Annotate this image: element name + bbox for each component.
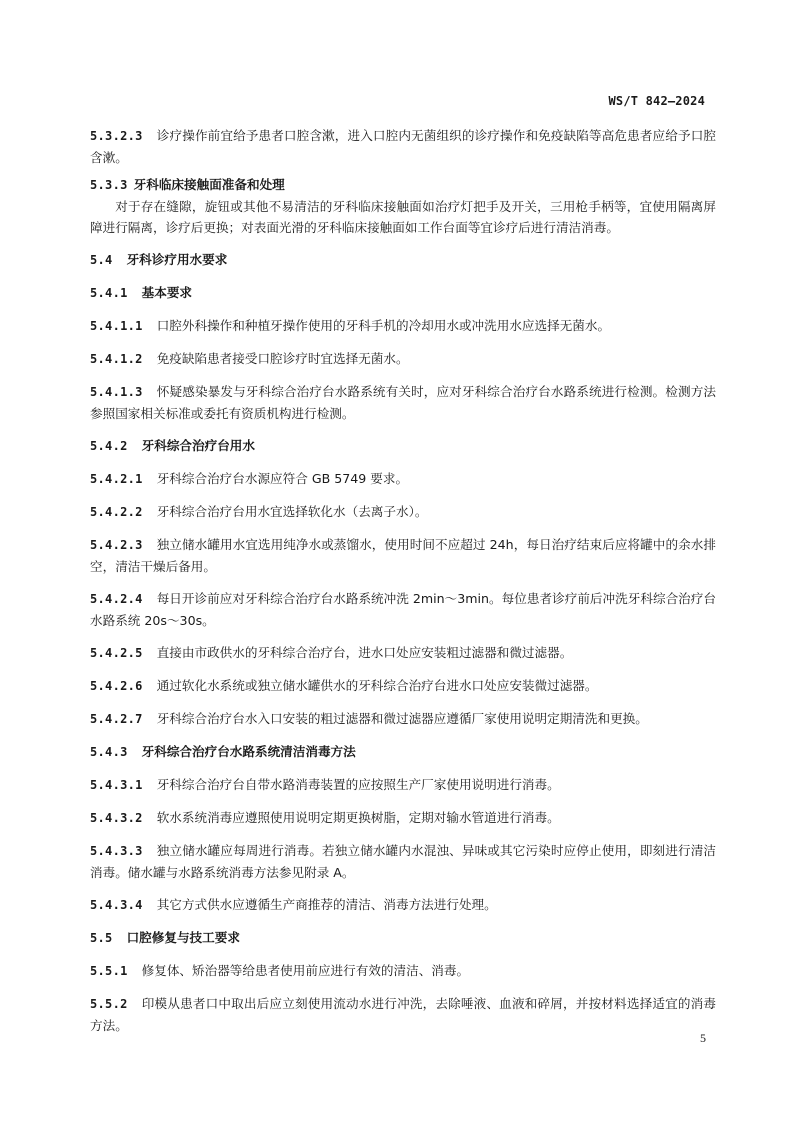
- clause-5-4-1-2: 5.4.1.2免疫缺陷患者接受口腔诊疗时宜选择无菌水。: [90, 348, 716, 370]
- heading-text: 牙科临床接触面准备和处理: [134, 177, 285, 192]
- clause-5-4-3-3: 5.4.3.3独立储水罐应每周进行消毒。若独立储水罐内水混浊、异味或其它污染时应…: [90, 840, 716, 883]
- clause-5-4-3-2: 5.4.3.2软水系统消毒应遵照使用说明定期更换树脂，定期对输水管道进行消毒。: [90, 807, 716, 829]
- clause-number: 5.4.1.3: [90, 385, 143, 399]
- clause-text: 牙科综合治疗台水入口安装的粗过滤器和微过滤器应遵循厂家使用说明定期清洗和更换。: [157, 711, 648, 726]
- clause-5-4-3-1: 5.4.3.1牙科综合治疗台自带水路消毒装置的应按照生产厂家使用说明进行消毒。: [90, 774, 716, 796]
- clause-5-5-2: 5.5.2印模从患者口中取出后应立刻使用流动水进行冲洗，去除唾液、血液和碎屑，并…: [90, 993, 716, 1036]
- heading-text: 牙科综合治疗台用水: [142, 438, 255, 453]
- heading-text: 牙科诊疗用水要求: [127, 252, 228, 267]
- heading-text: 基本要求: [142, 285, 192, 300]
- clause-text: 其它方式供水应遵循生产商推荐的清洁、消毒方法进行处理。: [157, 897, 497, 912]
- page-number: 5: [700, 1031, 706, 1046]
- clause-number: 5.4.2.3: [90, 538, 143, 552]
- heading-5-4-2: 5.4.2牙科综合治疗台用水: [90, 435, 716, 457]
- clause-text: 直接由市政供水的牙科综合治疗台，进水口处应安装粗过滤器和微过滤器。: [157, 645, 573, 660]
- clause-number: 5.5.1: [90, 964, 128, 978]
- clause-number: 5.4.3.2: [90, 811, 143, 825]
- clause-text: 印模从患者口中取出后应立刻使用流动水进行冲洗，去除唾液、血液和碎屑，并按材料选择…: [90, 996, 716, 1033]
- clause-text: 牙科综合治疗台用水宜选择软化水（去离子水）。: [157, 504, 428, 519]
- clause-number: 5.3.2.3: [90, 129, 143, 143]
- clause-5-4-2-7: 5.4.2.7牙科综合治疗台水入口安装的粗过滤器和微过滤器应遵循厂家使用说明定期…: [90, 708, 716, 730]
- heading-number: 5.4.3: [90, 745, 128, 759]
- document-body: 5.3.2.3诊疗操作前宜给予患者口腔含漱，进入口腔内无菌组织的诊疗操作和免疫缺…: [90, 125, 716, 1036]
- clause-text: 免疫缺陷患者接受口腔诊疗时宜选择无菌水。: [157, 351, 409, 366]
- heading-5-4-1: 5.4.1基本要求: [90, 282, 716, 304]
- clause-number: 5.4.2.2: [90, 505, 143, 519]
- heading-number: 5.5: [90, 931, 113, 945]
- body-paragraph: 对于存在缝隙，旋钮或其他不易清洁的牙科临床接触面如治疗灯把手及开关，三用枪手柄等…: [90, 196, 716, 238]
- clause-text: 牙科综合治疗台自带水路消毒装置的应按照生产厂家使用说明进行消毒。: [157, 777, 560, 792]
- clause-number: 5.4.1.1: [90, 319, 143, 333]
- clause-5-4-2-4: 5.4.2.4每日开诊前应对牙科综合治疗台水路系统冲洗 2min～3min。每位…: [90, 588, 716, 631]
- clause-number: 5.4.1.2: [90, 352, 143, 366]
- heading-5-4: 5.4牙科诊疗用水要求: [90, 249, 716, 271]
- clause-5-4-2-1: 5.4.2.1牙科综合治疗台水源应符合 GB 5749 要求。: [90, 468, 716, 490]
- heading-number: 5.4: [90, 253, 113, 267]
- clause-5-4-2-5: 5.4.2.5直接由市政供水的牙科综合治疗台，进水口处应安装粗过滤器和微过滤器。: [90, 642, 716, 664]
- clause-text: 修复体、矫治器等给患者使用前应进行有效的清洁、消毒。: [142, 963, 469, 978]
- standard-code: WS/T 842—2024: [608, 94, 705, 108]
- clause-text: 软水系统消毒应遵照使用说明定期更换树脂，定期对输水管道进行消毒。: [157, 810, 560, 825]
- heading-number: 5.4.1: [90, 286, 128, 300]
- clause-5-4-2-3: 5.4.2.3独立储水罐用水宜选用纯净水或蒸馏水，使用时间不应超过 24h，每日…: [90, 534, 716, 577]
- heading-text: 口腔修复与技工要求: [127, 930, 240, 945]
- clause-5-4-1-3: 5.4.1.3怀疑感染暴发与牙科综合治疗台水路系统有关时，应对牙科综合治疗台水路…: [90, 381, 716, 424]
- clause-text: 每日开诊前应对牙科综合治疗台水路系统冲洗 2min～3min。每位患者诊疗前后冲…: [90, 591, 716, 628]
- clause-number: 5.4.2.5: [90, 646, 143, 660]
- clause-text: 口腔外科操作和种植牙操作使用的牙科手机的冷却用水或冲洗用水应选择无菌水。: [157, 318, 610, 333]
- clause-text: 诊疗操作前宜给予患者口腔含漱，进入口腔内无菌组织的诊疗操作和免疫缺陷等高危患者应…: [90, 128, 716, 165]
- clause-number: 5.4.2.4: [90, 592, 143, 606]
- clause-5-4-2-6: 5.4.2.6通过软化水系统或独立储水罐供水的牙科综合治疗台进水口处应安装微过滤…: [90, 675, 716, 697]
- clause-text: 牙科综合治疗台水源应符合 GB 5749 要求。: [157, 471, 408, 486]
- clause-number: 5.4.3.3: [90, 844, 143, 858]
- heading-number: 5.4.2: [90, 439, 128, 453]
- clause-number: 5.4.3.4: [90, 898, 143, 912]
- clause-number: 5.4.3.1: [90, 778, 143, 792]
- clause-5-4-1-1: 5.4.1.1口腔外科操作和种植牙操作使用的牙科手机的冷却用水或冲洗用水应选择无…: [90, 315, 716, 337]
- heading-5-4-3: 5.4.3牙科综合治疗台水路系统清洁消毒方法: [90, 741, 716, 763]
- heading-5-3-3: 5.3.3牙科临床接触面准备和处理: [90, 174, 716, 196]
- clause-5-3-2-3: 5.3.2.3诊疗操作前宜给予患者口腔含漱，进入口腔内无菌组织的诊疗操作和免疫缺…: [90, 125, 716, 168]
- heading-number: 5.3.3: [90, 178, 128, 192]
- clause-5-4-2-2: 5.4.2.2牙科综合治疗台用水宜选择软化水（去离子水）。: [90, 501, 716, 523]
- clause-number: 5.4.2.6: [90, 679, 143, 693]
- heading-5-5: 5.5口腔修复与技工要求: [90, 927, 716, 949]
- clause-text: 独立储水罐用水宜选用纯净水或蒸馏水，使用时间不应超过 24h，每日治疗结束后应将…: [90, 537, 716, 574]
- clause-number: 5.4.2.7: [90, 712, 143, 726]
- clause-text: 怀疑感染暴发与牙科综合治疗台水路系统有关时，应对牙科综合治疗台水路系统进行检测。…: [90, 384, 716, 421]
- clause-text: 通过软化水系统或独立储水罐供水的牙科综合治疗台进水口处应安装微过滤器。: [157, 678, 598, 693]
- clause-number: 5.4.2.1: [90, 472, 143, 486]
- clause-text: 独立储水罐应每周进行消毒。若独立储水罐内水混浊、异味或其它污染时应停止使用，即刻…: [90, 843, 716, 880]
- clause-5-4-3-4: 5.4.3.4其它方式供水应遵循生产商推荐的清洁、消毒方法进行处理。: [90, 894, 716, 916]
- heading-text: 牙科综合治疗台水路系统清洁消毒方法: [142, 744, 356, 759]
- clause-5-5-1: 5.5.1修复体、矫治器等给患者使用前应进行有效的清洁、消毒。: [90, 960, 716, 982]
- clause-number: 5.5.2: [90, 997, 128, 1011]
